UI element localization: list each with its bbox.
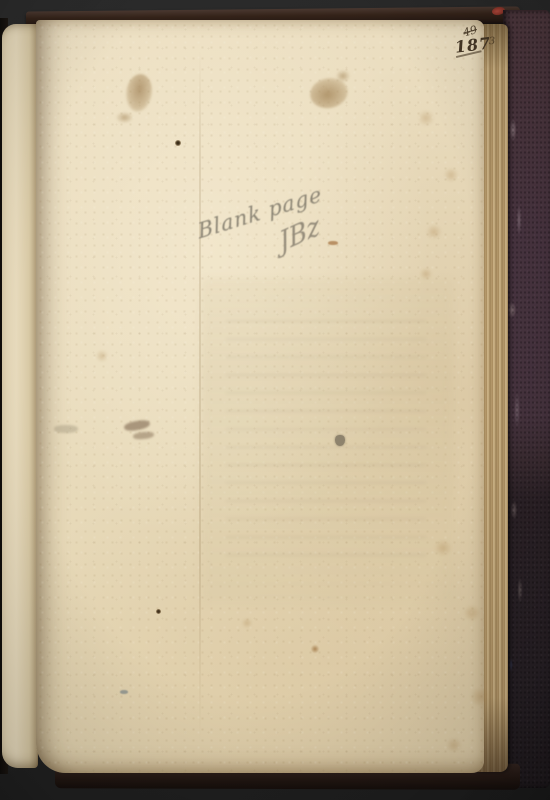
fox-spot [311,645,319,653]
fox-spot [446,738,462,752]
book-cover-right-board [503,10,550,788]
gray-blob [335,435,345,446]
fox-spot [242,618,252,628]
blue-speck [120,690,128,694]
fox-spot [434,540,452,556]
struck-page-number: 49 [462,24,478,38]
rust-speck [328,241,338,245]
ink-dot [175,140,181,146]
fox-spot [444,168,458,182]
stain [336,70,350,82]
show-through-text-lines [226,320,426,560]
fore-edge-number: 3 [489,36,496,47]
photo-background: Blank page JBz 49 187 3 [0,0,550,800]
fox-spot [426,225,442,239]
ink-dot [156,609,161,614]
fox-spot [418,110,434,126]
fox-spot [420,268,432,280]
stain [116,112,133,123]
fox-spot [464,605,480,621]
fox-spot [96,350,108,362]
book-page: Blank page JBz 49 187 [36,20,484,773]
faint-smudge [54,425,78,433]
facing-page-edge [2,24,38,768]
fox-spot [470,688,490,706]
